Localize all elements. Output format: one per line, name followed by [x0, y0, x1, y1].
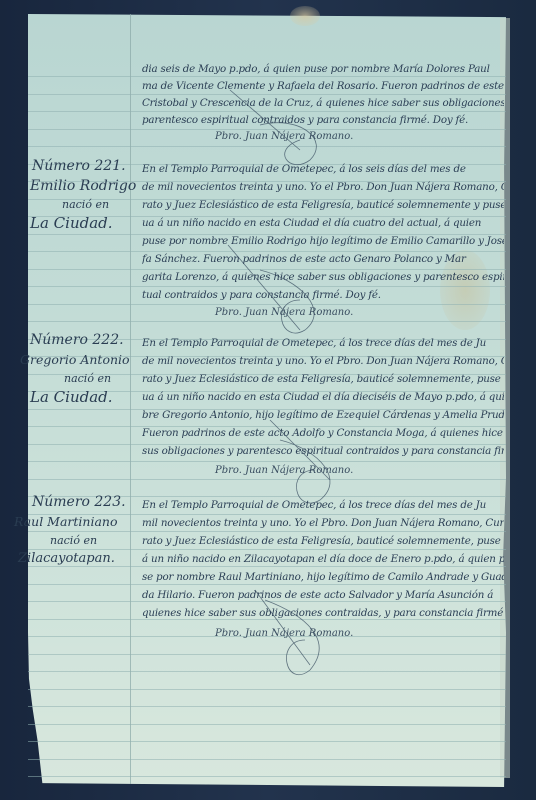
signature-flourishes [0, 0, 536, 800]
